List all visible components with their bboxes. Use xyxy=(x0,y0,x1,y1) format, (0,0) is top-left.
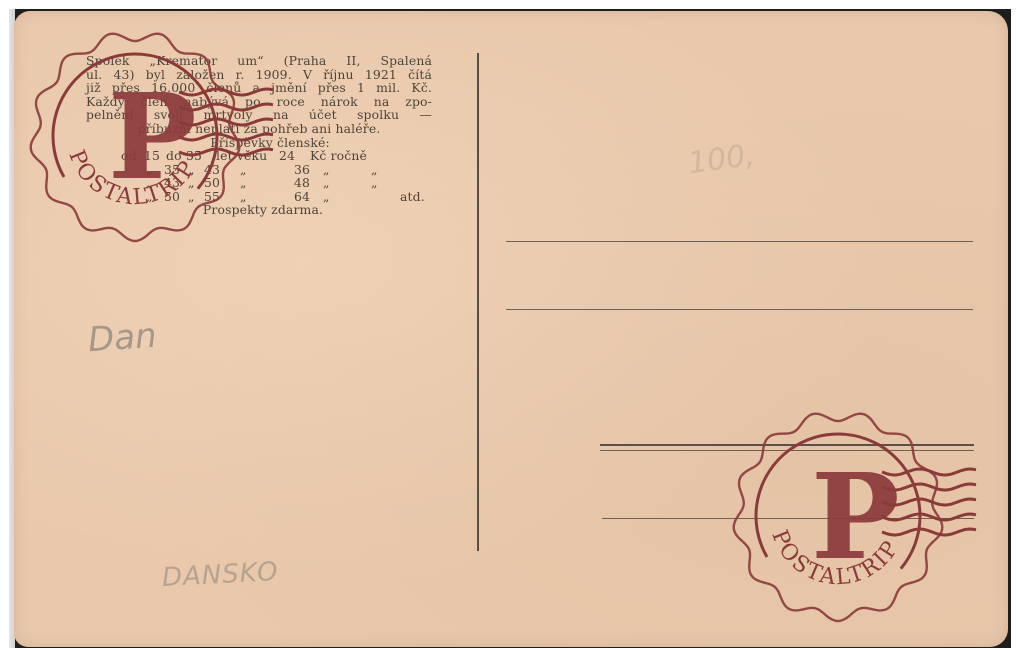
fee-cell-suffix: „ xyxy=(371,176,378,190)
fee-cell-currency: „ xyxy=(323,163,330,177)
fee-cell-suffix: „ xyxy=(371,163,378,177)
center-divider xyxy=(477,53,479,551)
address-line-1 xyxy=(506,241,973,242)
postaltrip-watermark: PPOSTALTRIP xyxy=(733,398,993,628)
pencil-note: DANSKO xyxy=(161,557,279,593)
fee-cell-amount: 48 xyxy=(294,176,310,190)
fee-cell-amount: 36 xyxy=(294,163,310,177)
pencil-note: Dan xyxy=(87,316,158,361)
address-line-2 xyxy=(506,309,973,310)
fee-cell-currency: „ xyxy=(323,190,330,204)
fee-cell-currency: Kč ročně xyxy=(310,149,367,163)
fee-cell-amount: 64 xyxy=(294,190,310,204)
fee-cell-suffix: atd. xyxy=(400,190,425,204)
postaltrip-watermark: PPOSTALTRIP xyxy=(30,18,290,248)
fee-cell-currency: „ xyxy=(323,176,330,190)
